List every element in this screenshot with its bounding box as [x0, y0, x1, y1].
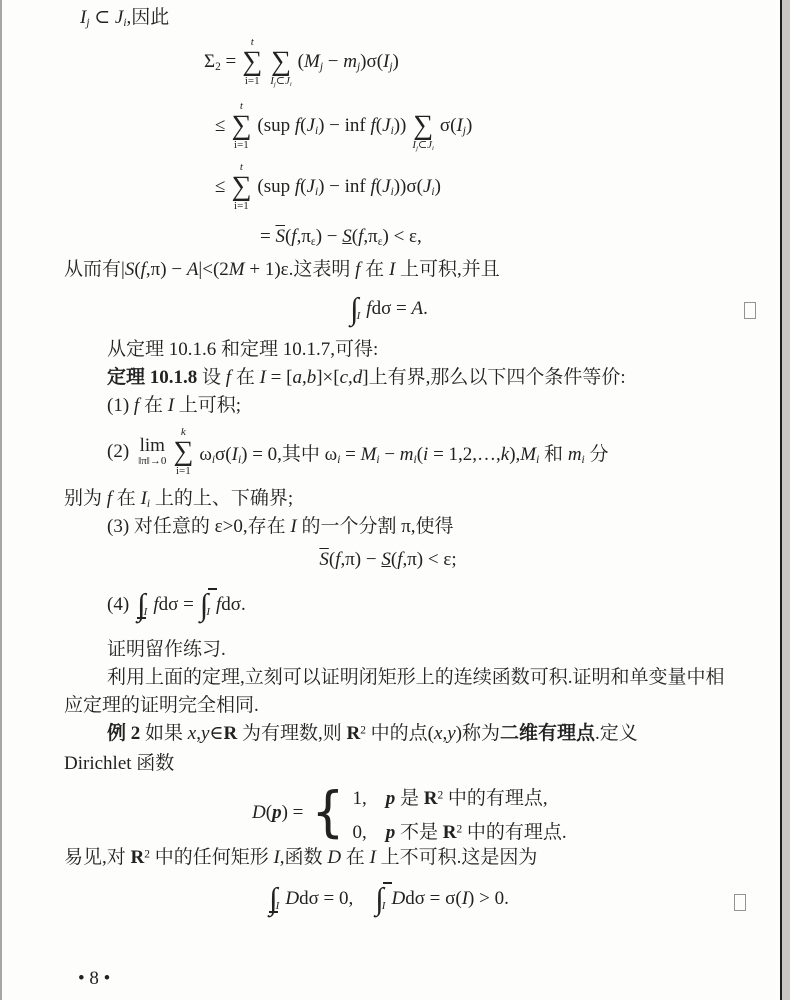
- sum-lower-limit: i=1: [245, 75, 260, 88]
- qed-box: [744, 302, 756, 319]
- math-text: Σ2 =: [204, 51, 236, 73]
- para-application-2: 应定理的证明完全相同.: [62, 693, 261, 719]
- condition-3: (3) 对任意的 ε>0,存在 I 的一个分割 π,使得: [105, 514, 456, 540]
- math-text: ωiσ(Ii) = 0,其中 ωi = Mi − mi(i = 1,2,…,k)…: [199, 439, 608, 466]
- sum-symbol: ∑: [231, 174, 251, 201]
- cases-column: 1, p 是 R2 中的有理点, 0, p 不是 R2 中的有理点.: [352, 783, 566, 844]
- upper-integral-operator: ∫ I: [375, 884, 385, 913]
- para-application-1: 利用上面的定理,立刻可以证明闭矩形上的连续函数可积.证明和单变量中相: [105, 665, 727, 691]
- sum-operator: t ∑ i=1: [231, 100, 251, 153]
- integral-subscript: I: [276, 900, 280, 912]
- math-text: Dirichlet 函数: [64, 753, 174, 774]
- formula-sigma2: Σ2 = t ∑ i=1 ∑ Ij⊂Ji (Mj − mj)σ(Ij): [202, 33, 401, 91]
- math-text: fdσ = A.: [366, 298, 428, 320]
- condition-1: (1) f 在 I 上可积;: [105, 393, 243, 419]
- integral-subscript: I: [357, 310, 361, 322]
- sum-symbol: ∑: [231, 113, 251, 140]
- page-number: • 8 •: [78, 966, 110, 992]
- theorem-statement: 定理 10.1.8 设 f 在 I = [a,b]×[c,d]上有界,那么以下四…: [105, 365, 628, 391]
- formula-integral-A: ∫ I fdσ = A.: [0, 286, 776, 332]
- math-text: 易见,对 R2 中的任何矩形 I,函数 D 在 I 上不可积.这是因为: [64, 847, 537, 868]
- item-number: (2): [107, 441, 129, 463]
- sum-operator: k ∑ i=1: [173, 426, 193, 479]
- math-text: Ddσ = σ(I) > 0.: [391, 888, 508, 910]
- example-2-statement: 例 2 如果 x,y∈R 为有理数,则 R2 中的点(x,y)称为二维有理点.定…: [105, 721, 640, 747]
- math-text: S(f,π) − S(f,π) < ε;: [319, 549, 456, 571]
- integral-subscript: I: [206, 606, 210, 618]
- math-text: 别为 f 在 Ii 上的上、下确界;: [64, 488, 293, 509]
- upper-integral-operator: ∫ I: [200, 590, 210, 619]
- sum-symbol: ∑: [242, 49, 262, 76]
- sum-symbol: ∑: [271, 49, 291, 76]
- math-text: Ddσ = 0,: [285, 888, 353, 910]
- math-text: = S(f,πε) − S(f,πε) < ε,: [260, 226, 422, 248]
- lower-integral-operator: ∫ I: [137, 590, 147, 619]
- integral-operator: ∫ I: [350, 294, 360, 323]
- qed-box: [734, 894, 746, 911]
- sum-operator: t ∑ i=1: [242, 36, 262, 89]
- formula-upper-lower-sum: = S(f,πε) − S(f,πε) < ε,: [258, 221, 424, 253]
- sum-operator: ∑ Ij⊂Ji: [270, 36, 291, 89]
- textbook-page: Ij ⊂ Ji,因此 Σ2 = t ∑ i=1 ∑ Ij⊂Ji (Mj − mj…: [0, 0, 790, 1000]
- math-text: 证明留作练习.: [107, 639, 226, 660]
- para-conclusion: 从而有|S(f,π) − A|<(2M + 1)ε.这表明 f 在 I 上可积,…: [62, 257, 502, 283]
- formula-ineq-2: ≤ t ∑ i=1 (sup f(Ji) − inf f(Ji))σ(Ji): [213, 159, 443, 215]
- para-dirichlet: Dirichlet 函数: [62, 751, 176, 777]
- condition-4: (4) ∫ I fdσ = ∫ I fdσ.: [105, 580, 248, 630]
- math-text: 例 2 如果 x,y∈R 为有理数,则 R2 中的点(x,y)称为二维有理点.定…: [107, 723, 638, 744]
- math-text: Ij ⊂ Ji,因此: [80, 7, 169, 28]
- sum-operator: t ∑ i=1: [231, 161, 251, 214]
- math-text: (3) 对任意的 ε>0,存在 I 的一个分割 π,使得: [107, 516, 454, 537]
- limit-operator: lim ‖π‖→0: [138, 436, 166, 468]
- lim-word: lim: [140, 436, 165, 455]
- lower-integral-operator: ∫ I: [269, 884, 279, 913]
- item-number: (4): [107, 594, 129, 616]
- math-text: 应定理的证明完全相同.: [64, 695, 259, 716]
- formula-dirichlet-cases: D(p) = { 1, p 是 R2 中的有理点, 0, p 不是 R2 中的有…: [250, 780, 567, 846]
- math-text: 从定理 10.1.6 和定理 10.1.7,可得:: [107, 339, 378, 360]
- math-text: 从而有|S(f,π) − A|<(2M + 1)ε.这表明 f 在 I 上可积,…: [64, 259, 500, 280]
- sum-symbol: ∑: [173, 439, 193, 466]
- integral-subscript: I: [382, 900, 386, 912]
- para-opening: Ij ⊂ Ji,因此: [78, 5, 171, 31]
- page-number-label: • 8 •: [78, 968, 110, 989]
- leq-sign: ≤: [215, 115, 225, 137]
- math-text: (sup f(Ji) − inf f(Ji)): [257, 115, 406, 137]
- formula-final: ∫ I Ddσ = 0, ∫ I Ddσ = σ(I) > 0.: [0, 874, 776, 924]
- math-text: 定理 10.1.8 设 f 在 I = [a,b]×[c,d]上有界,那么以下四…: [107, 367, 626, 388]
- integral-subscript: I: [144, 606, 148, 618]
- para-proof-exercise: 证明留作练习.: [105, 637, 228, 663]
- sum-operator: ∑ Ij⊂Ji: [412, 100, 433, 153]
- condition-2-continued: 别为 f 在 Ii 上的上、下确界;: [62, 486, 295, 512]
- para-not-integrable: 易见,对 R2 中的任何矩形 I,函数 D 在 I 上不可积.这是因为: [62, 845, 539, 871]
- math-text: (sup f(Ji) − inf f(Ji))σ(Ji): [257, 176, 441, 198]
- page-left-edge: [0, 0, 2, 1000]
- para-from-theorems: 从定理 10.1.6 和定理 10.1.7,可得:: [105, 337, 380, 363]
- cases-brace: {: [311, 786, 344, 840]
- case-row: 0, p 不是 R2 中的有理点.: [352, 817, 566, 844]
- formula-condition-3: S(f,π) − S(f,π) < ε;: [0, 542, 776, 578]
- math-text: 利用上面的定理,立刻可以证明闭矩形上的连续函数可积.证明和单变量中相: [107, 667, 725, 688]
- sum-lower-limit: i=1: [234, 139, 249, 152]
- sum-lower-limit: i=1: [234, 200, 249, 213]
- sum-lower-limit: i=1: [176, 465, 191, 478]
- math-text: (Mj − mj)σ(Ij): [298, 51, 399, 73]
- scan-edge-shadow: [782, 0, 790, 1000]
- case-row: 1, p 是 R2 中的有理点,: [352, 783, 566, 810]
- lim-lower-limit: ‖π‖→0: [138, 455, 166, 468]
- sum-lower-limit: Ij⊂Ji: [412, 139, 433, 152]
- formula-ineq-1: ≤ t ∑ i=1 (sup f(Ji) − inf f(Ji)) ∑ Ij⊂J…: [213, 97, 474, 155]
- math-text: fdσ =: [153, 594, 194, 616]
- condition-2: (2) lim ‖π‖→0 k ∑ i=1 ωiσ(Ii) = 0,其中 ωi …: [105, 422, 610, 482]
- math-text: D(p) =: [252, 802, 303, 824]
- sum-lower-limit: Ij⊂Ji: [270, 75, 291, 88]
- sum-symbol: ∑: [413, 113, 433, 140]
- leq-sign: ≤: [215, 176, 225, 198]
- math-text: fdσ.: [216, 594, 246, 616]
- math-text: σ(Ij): [440, 115, 472, 137]
- math-text: (1) f 在 I 上可积;: [107, 395, 241, 416]
